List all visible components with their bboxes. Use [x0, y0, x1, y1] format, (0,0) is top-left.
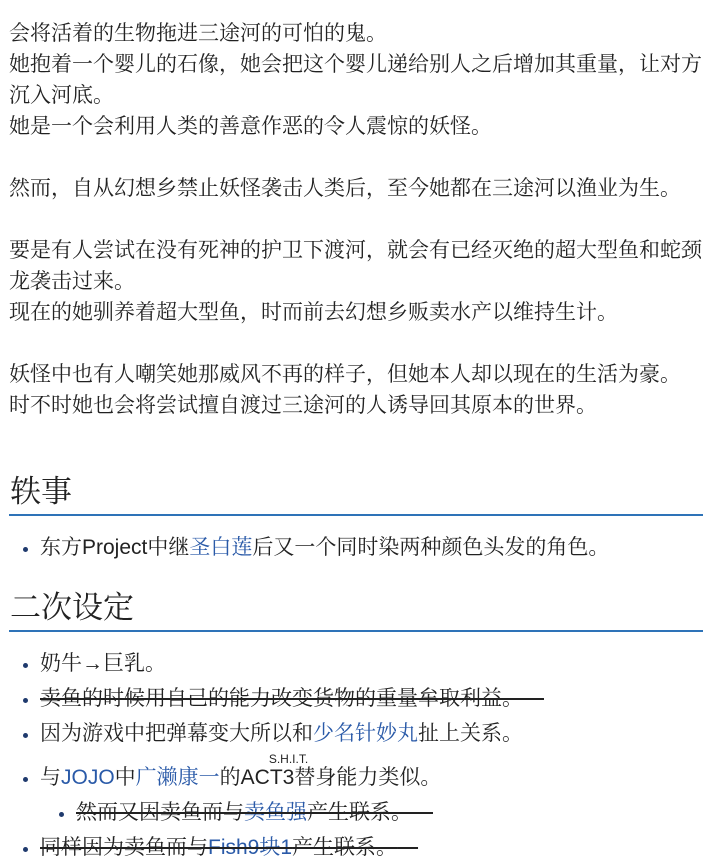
nested-list: 然而又因卖鱼而与卖鱼强产生联系。 — [40, 797, 703, 828]
link-sheng-bailian[interactable]: 圣白莲 — [189, 536, 252, 559]
sentence: 要是有人尝试在没有死神的护卫下渡河，就会有已经灭绝的超大型鱼和蛇颈龙袭击过来。 — [9, 239, 702, 293]
wiki-page: { "theme": { "background": "#ffffff", "t… — [0, 0, 715, 868]
run-text: 产生联系。 — [307, 801, 412, 824]
run-text: 卖鱼的时候用自己的能力改变货物的重量牟取利益。 — [40, 687, 523, 710]
paragraph-intro: 会将活着的生物拖进三途河的可怕的鬼。 她抱着一个婴儿的石像，她会把这个婴儿递给别… — [9, 18, 703, 142]
paragraph-fishing: 然而，自从幻想乡禁止妖怪袭击人类后，至今她都在三途河以渔业为生。 — [9, 173, 703, 204]
link-maiyuqiang[interactable]: 卖鱼强 — [244, 801, 307, 824]
sentence: 她是一个会利用人类的善意作恶的令人震惊的妖怪。 — [9, 115, 492, 138]
heading-text: 轶事 — [10, 474, 72, 509]
run-text: 产生联系。 — [292, 836, 397, 859]
article-content: 会将活着的生物拖进三途河的可怕的鬼。 她抱着一个婴儿的石像，她会把这个婴儿递给别… — [0, 0, 715, 863]
sentence: 妖怪中也有人嘲笑她那威风不再的样子，但她本人却以现在的生活为豪。 — [9, 363, 681, 386]
run-text: 的 — [220, 766, 241, 789]
run-text: 奶牛→巨乳。 — [40, 652, 166, 675]
sentence: 时不时她也会将尝试擅自渡过三途河的人诱导回其原本的世界。 — [9, 394, 597, 417]
anecdotes-list: 东方Project中继圣白莲后又一个同时染两种颜色头发的角色。 — [9, 532, 703, 563]
sentence: 会将活着的生物拖进三途河的可怕的鬼。 — [9, 22, 387, 45]
link-jojo[interactable]: JOJO — [61, 766, 115, 789]
run-text: 然而又因卖鱼而与 — [76, 801, 244, 824]
list-item: 奶牛→巨乳。 — [40, 648, 703, 679]
list-item: 然而又因卖鱼而与卖鱼强产生联系。 — [76, 797, 703, 828]
heading-text: 二次设定 — [10, 590, 134, 625]
ruby-annotation-shit: S.H.I.T. — [241, 752, 337, 766]
sentence: 现在的她驯养着超大型鱼，时而前去幻想乡贩卖水产以维持生计。 — [9, 301, 618, 324]
section-heading-fan-settings: 二次设定 — [9, 589, 703, 632]
run-text: 与 — [40, 766, 61, 789]
run-text: 因为游戏中把弹幕变大所以和 — [40, 722, 313, 745]
link-sukuna-shinmyoumaru[interactable]: 少名针妙丸 — [313, 722, 418, 745]
list-item: 因为游戏中把弹幕变大所以和少名针妙丸扯上关系。 — [40, 718, 703, 749]
list-item: 卖鱼的时候用自己的能力改变货物的重量牟取利益。 — [40, 683, 703, 714]
link-fish9kuai1[interactable]: Fish9块1 — [208, 836, 292, 859]
strikethrough-text: 然而又因卖鱼而与卖鱼强产生联系。 — [76, 801, 433, 824]
list-item: 与JOJO中广濑康一的ACT3替身S.H.I.T.能力类似。 然而又因卖鱼而与卖… — [40, 753, 703, 828]
run-text: 同样因为卖鱼而与 — [40, 836, 208, 859]
run-text: 东方Project中继 — [40, 536, 189, 559]
link-hirose-koichi[interactable]: 广濑康一 — [136, 766, 220, 789]
sentence: 然而，自从幻想乡禁止妖怪袭击人类后，至今她都在三途河以渔业为生。 — [9, 177, 681, 200]
run-text: 中 — [115, 766, 136, 789]
run-text: 能力类似。 — [336, 766, 441, 789]
run-text: 后又一个同时染两种颜色头发的角色。 — [252, 536, 609, 559]
fan-settings-list: 奶牛→巨乳。 卖鱼的时候用自己的能力改变货物的重量牟取利益。 因为游戏中把弹幕变… — [9, 648, 703, 863]
section-heading-anecdotes: 轶事 — [9, 473, 703, 516]
strikethrough-text: 卖鱼的时候用自己的能力改变货物的重量牟取利益。 — [40, 687, 544, 710]
list-item: 同样因为卖鱼而与Fish9块1产生联系。 — [40, 832, 703, 863]
sentence: 她抱着一个婴儿的石像，她会把这个婴儿递给别人之后增加其重量，让对方沉入河底。 — [9, 53, 702, 107]
run-text: 扯上关系。 — [418, 722, 523, 745]
paragraph-pride: 妖怪中也有人嘲笑她那威风不再的样子，但她本人却以现在的生活为豪。 时不时她也会将… — [9, 359, 703, 421]
ruby-base-text: ACT3替身 — [241, 766, 337, 789]
strikethrough-text: 同样因为卖鱼而与Fish9块1产生联系。 — [40, 836, 418, 859]
paragraph-river-crossing: 要是有人尝试在没有死神的护卫下渡河，就会有已经灭绝的超大型鱼和蛇颈龙袭击过来。 … — [9, 235, 703, 328]
list-item: 东方Project中继圣白莲后又一个同时染两种颜色头发的角色。 — [40, 532, 703, 563]
stand-ruby: ACT3替身S.H.I.T. — [241, 766, 337, 789]
